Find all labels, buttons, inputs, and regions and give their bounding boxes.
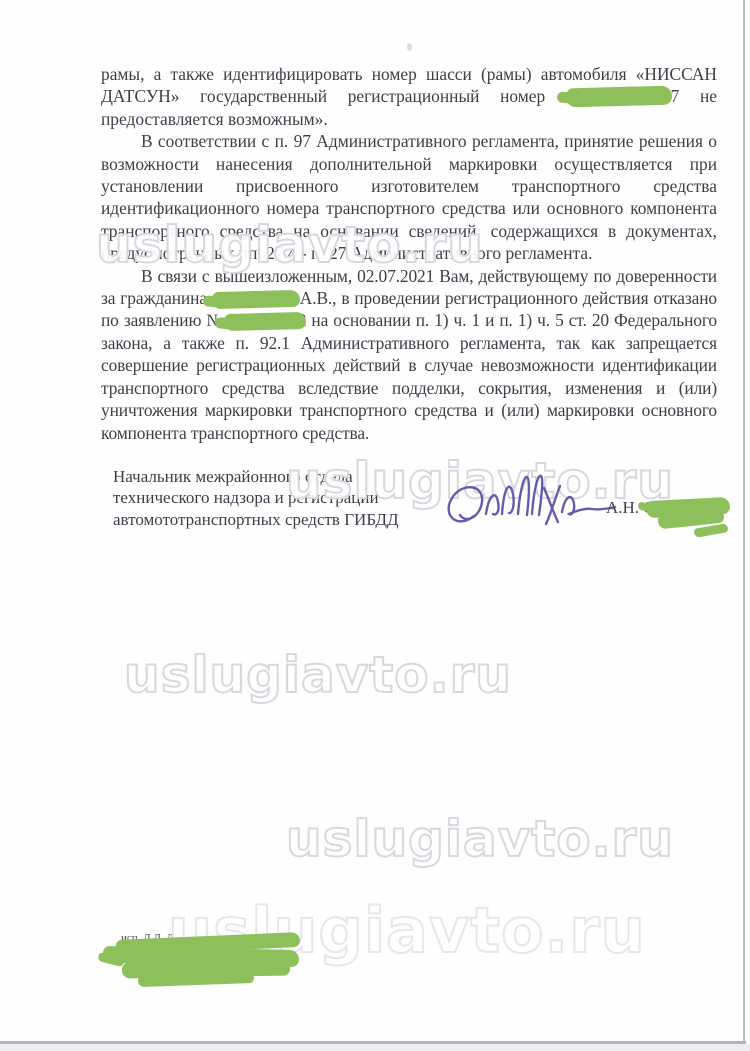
watermark-uslugiavto-1: uslugiavto.ru [96,216,484,274]
watermark-uslugiavto-3: uslugiavto.ru [124,646,512,704]
redaction-application-number [224,312,306,331]
handwritten-signature [440,452,618,547]
scanned-document-page: рамы, а также идентифицировать номер шас… [0,0,750,1051]
scan-speck [407,43,412,51]
paragraph-3: В связи с вышеизложенным, 02.07.2021 Вам… [101,265,717,444]
signer-title-line-3: автомототранспортных средств ГИБДД [113,509,433,530]
paragraph-1: рамы, а также идентифицировать номер шас… [101,63,717,130]
scan-edge-bottom-area [0,1044,750,1051]
scan-edge-right [743,0,745,1043]
redaction-registration-number [566,86,672,108]
redaction-citizen-name [212,290,300,309]
redaction-signer-surname-stroke-3 [693,523,728,538]
watermark-uslugiavto-4: uslugiavto.ru [286,810,674,868]
